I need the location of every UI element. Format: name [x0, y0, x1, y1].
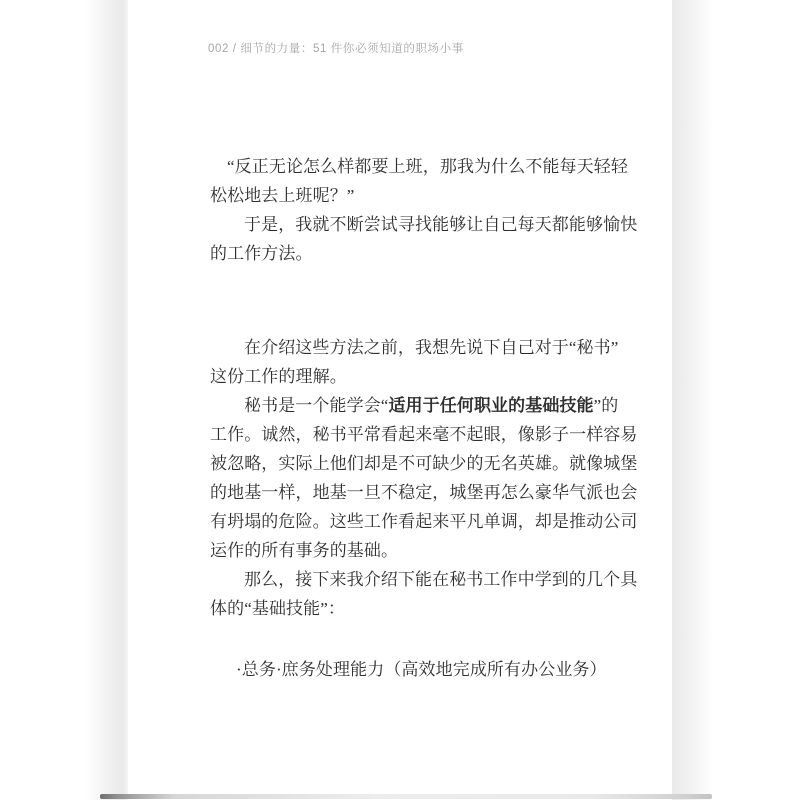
text-line: “反正无论怎么样都要上班，那我为什么不能每天轻轻 [210, 152, 637, 181]
book-photo: 002 / 细节的力量：51 件你必须知道的职场小事 “反正无论怎么样都要上班，… [0, 0, 800, 800]
text-line: 于是，我就不断尝试寻找能够让自己每天都能够愉快 [210, 210, 637, 239]
text-line: 那么，接下来我介绍下能在秘书工作中学到的几个具 [210, 565, 638, 594]
text-line: 有坍塌的危险。这些工作看起来平凡单调，却是推动公司 [210, 507, 638, 536]
text-line: 的地基一样，地基一旦不稳定，城堡再怎么豪华气派也会 [210, 478, 638, 507]
text-segment: 秘书是一个能学会“ [244, 396, 388, 415]
bullet-list-item: ·总务·庶务处理能力（高效地完成所有办公业务） [210, 655, 607, 684]
bold-emphasis: 适用于任何职业的基础技能 [388, 396, 593, 415]
text-line: 在介绍这些方法之前，我想先说下自己对于“秘书” [210, 333, 638, 362]
page-right-edge-shadow [672, 0, 714, 800]
text-line: 工作。诚然，秘书平常看起来毫不起眼，像影子一样容易 [210, 420, 638, 449]
text-line: 被忽略，实际上他们却是不可缺少的无名英雄。就像城堡 [210, 449, 638, 478]
paragraph-block-2: 在介绍这些方法之前，我想先说下自己对于“秘书” 这份工作的理解。 秘书是一个能学… [210, 333, 638, 623]
paragraph-block-1: “反正无论怎么样都要上班，那我为什么不能每天轻轻 松松地去上班呢？” 于是，我就… [210, 152, 637, 268]
text-line: 体的“基础技能”： [210, 594, 638, 623]
text-line-with-emphasis: 秘书是一个能学会“适用于任何职业的基础技能”的 [210, 391, 638, 420]
running-header: 002 / 细节的力量：51 件你必须知道的职场小事 [208, 40, 464, 56]
text-line: 运作的所有事务的基础。 [210, 536, 638, 565]
text-segment: ”的 [594, 396, 619, 415]
book-bottom-edge [100, 794, 712, 799]
text-line: 这份工作的理解。 [210, 362, 638, 391]
page-left-edge-shadow [86, 0, 128, 800]
text-line: 的工作方法。 [210, 239, 637, 268]
text-line: 松松地去上班呢？” [210, 181, 637, 210]
